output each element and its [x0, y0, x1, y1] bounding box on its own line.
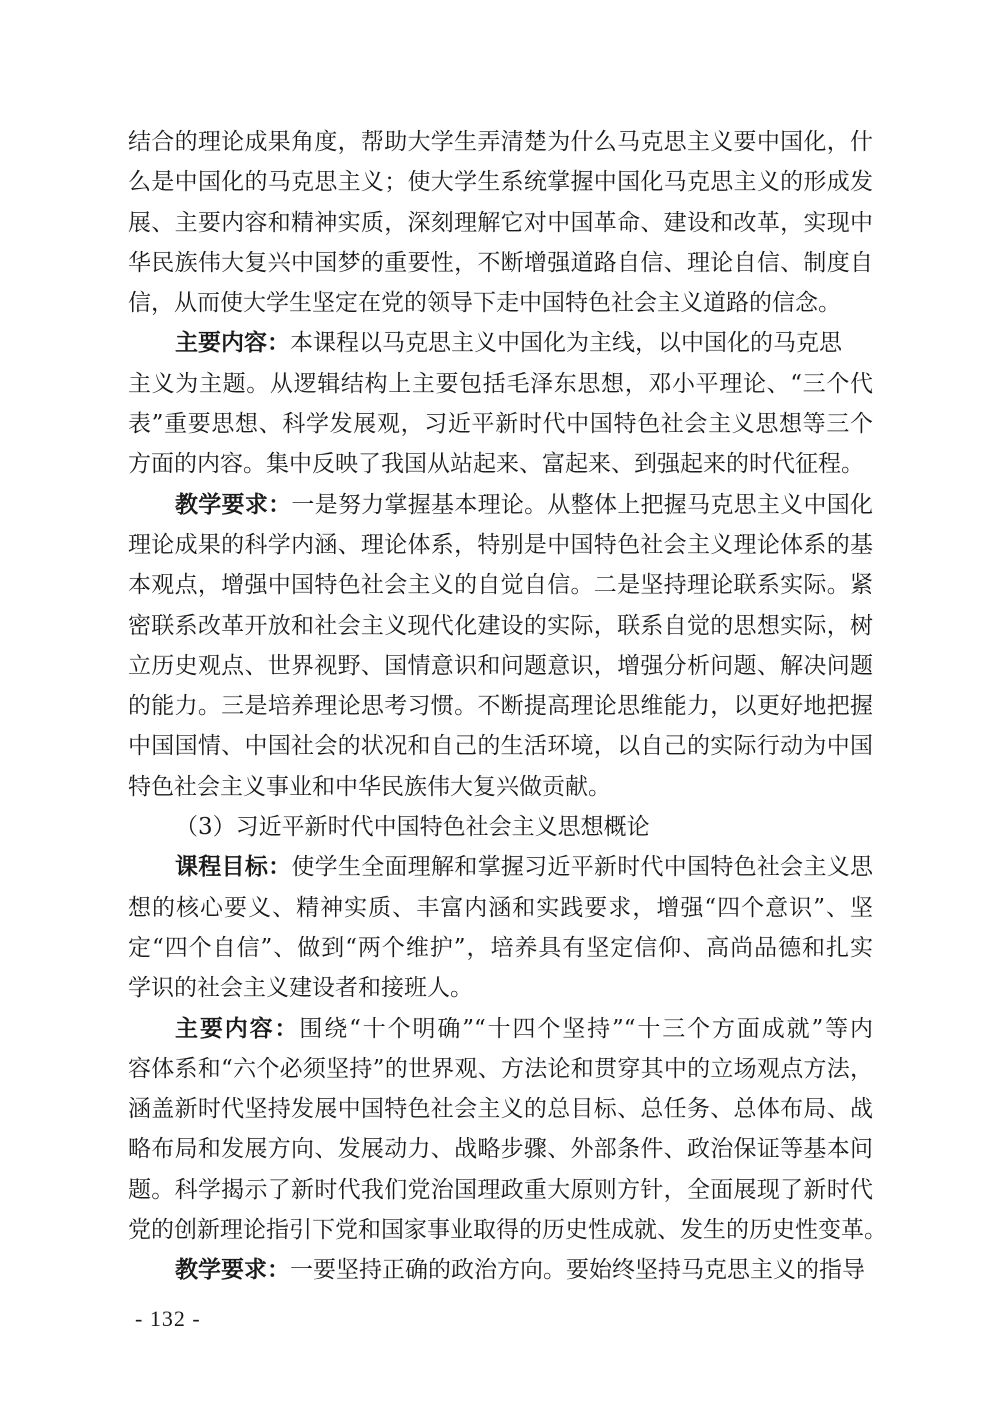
paragraph-teaching-requirements-2: 教学要求：一要坚持正确的政治方向。要始终坚持马克思主义的指导 — [128, 1255, 873, 1295]
text-run: 一要坚持正确的政治方向。要始终坚持马克思主义的指导 — [290, 1257, 865, 1283]
text-line: 教学要求：一要坚持正确的政治方向。要始终坚持马克思主义的指导 — [128, 1255, 873, 1295]
text-line: 结合的理论成果角度，帮助大学生弄清楚为什么马克思主义要中国化，什 — [128, 127, 873, 167]
text-line: 教学要求：一是努力掌握基本理论。从整体上把握马克思主义中国化 — [128, 490, 873, 530]
text-line: 信，从而使大学生坚定在党的领导下走中国特色社会主义道路的信念。 — [128, 288, 873, 328]
text-line: 想的核心要义、精神实质、丰富内涵和实践要求，增强“四个意识”、坚 — [128, 893, 873, 933]
text-line: 本观点，增强中国特色社会主义的自觉自信。二是坚持理论联系实际。紧 — [128, 570, 873, 610]
text-line: 立历史观点、世界视野、国情意识和问题意识，增强分析问题、解决问题 — [128, 651, 873, 691]
text-line: 定“四个自信”、做到“两个维护”，培养具有坚定信仰、高尚品德和扎实 — [128, 933, 873, 973]
text-line: 方面的内容。集中反映了我国从站起来、富起来、到强起来的时代征程。 — [128, 449, 873, 489]
paragraph-course-objective: 课程目标：使学生全面理解和掌握习近平新时代中国特色社会主义思 想的核心要义、精神… — [128, 852, 873, 1013]
paragraph-label: 教学要求： — [175, 1256, 290, 1283]
body-text: 结合的理论成果角度，帮助大学生弄清楚为什么马克思主义要中国化，什 么是中国化的马… — [128, 127, 873, 1296]
text-line: 展、主要内容和精神实质，深刻理解它对中国革命、建设和改革，实现中 — [128, 208, 873, 248]
paragraph-main-content-2: 主要内容：围绕“十个明确”“十四个坚持”“十三个方面成就”等内 容体系和“六个必… — [128, 1014, 873, 1256]
text-line: 主义为主题。从逻辑结构上主要包括毛泽东思想，邓小平理论、“三个代 — [128, 369, 873, 409]
text-line: 主要内容：围绕“十个明确”“十四个坚持”“十三个方面成就”等内 — [128, 1014, 873, 1054]
paragraph-label: 主要内容： — [175, 329, 290, 356]
paragraph-label: 主要内容： — [175, 1015, 299, 1042]
text-line: 略布局和发展方向、发展动力、战略步骤、外部条件、政治保证等基本问 — [128, 1134, 873, 1174]
paragraph-label: 课程目标： — [175, 853, 291, 880]
text-run: 一是努力掌握基本理论。从整体上把握马克思主义中国化 — [291, 492, 873, 518]
text-line: 中国国情、中国社会的状况和自己的生活环境，以自己的实际行动为中国 — [128, 731, 873, 771]
text-line: 题。科学揭示了新时代我们党治国理政重大原则方针，全面展现了新时代 — [128, 1175, 873, 1215]
text-run: 使学生全面理解和掌握习近平新时代中国特色社会主义思 — [291, 854, 873, 880]
text-run: 本课程以马克思主义中国化为主线，以中国化的马克思 — [290, 330, 842, 356]
text-line: 表”重要思想、科学发展观，习近平新时代中国特色社会主义思想等三个 — [128, 409, 873, 449]
page-number: - 132 - — [135, 1306, 201, 1332]
text-line: 党的创新理论指引下党和国家事业取得的历史性成就、发生的历史性变革。 — [128, 1215, 873, 1255]
text-line: 学识的社会主义建设者和接班人。 — [128, 973, 873, 1013]
text-line: 特色社会主义事业和中华民族伟大复兴做贡献。 — [128, 772, 873, 812]
text-line: 的能力。三是培养理论思考习惯。不断提高理论思维能力，以更好地把握 — [128, 691, 873, 731]
paragraph-label: 教学要求： — [175, 491, 291, 518]
text-line: 密联系改革开放和社会主义现代化建设的实际，联系自觉的思想实际，树 — [128, 611, 873, 651]
text-run: 围绕“十个明确”“十四个坚持”“十三个方面成就”等内 — [299, 1016, 873, 1042]
text-line: 涵盖新时代坚持发展中国特色社会主义的总目标、总任务、总体布局、战 — [128, 1094, 873, 1134]
paragraph-course-objective-continued: 结合的理论成果角度，帮助大学生弄清楚为什么马克思主义要中国化，什 么是中国化的马… — [128, 127, 873, 328]
text-line: 容体系和“六个必须坚持”的世界观、方法论和贯穿其中的立场观点方法， — [128, 1054, 873, 1094]
paragraph-teaching-requirements: 教学要求：一是努力掌握基本理论。从整体上把握马克思主义中国化 理论成果的科学内涵… — [128, 490, 873, 812]
text-line: 么是中国化的马克思主义；使大学生系统掌握中国化马克思主义的形成发 — [128, 167, 873, 207]
paragraph-main-content: 主要内容：本课程以马克思主义中国化为主线，以中国化的马克思 主义为主题。从逻辑结… — [128, 328, 873, 489]
text-line: 主要内容：本课程以马克思主义中国化为主线，以中国化的马克思 — [128, 328, 873, 368]
text-line: 课程目标：使学生全面理解和掌握习近平新时代中国特色社会主义思 — [128, 852, 873, 892]
text-line: 华民族伟大复兴中国梦的重要性，不断增强道路自信、理论自信、制度自 — [128, 248, 873, 288]
text-line: 理论成果的科学内涵、理论体系，特别是中国特色社会主义理论体系的基 — [128, 530, 873, 570]
section-heading: （3）习近平新时代中国特色社会主义思想概论 — [128, 812, 873, 852]
document-page: 结合的理论成果角度，帮助大学生弄清楚为什么马克思主义要中国化，什 么是中国化的马… — [0, 0, 1000, 1414]
